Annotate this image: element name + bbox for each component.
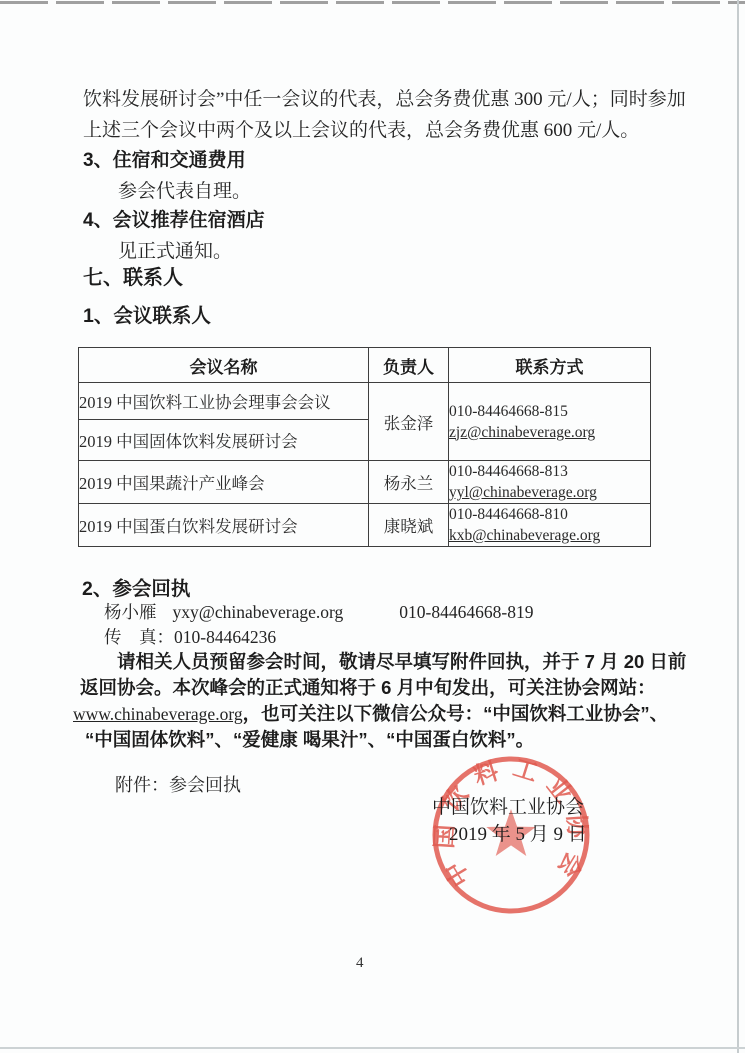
contact-email-link[interactable]: yyl@chinabeverage.org	[449, 482, 650, 503]
contact-cell: 010-84464668-815 zjz@chinabeverage.org	[449, 383, 651, 461]
section3-body: 参会代表自理。	[118, 176, 251, 203]
fax-line: 传 真：010-84464236	[104, 624, 276, 649]
return-contact-phone: 010-84464668-819	[399, 602, 533, 622]
signature-date: 2019 年 5 月 9 日	[449, 819, 587, 846]
col-header-contact: 联系方式	[449, 348, 651, 383]
return-contact-email: yxy@chinabeverage.org	[173, 602, 344, 622]
contacts-table-wrapper: 会议名称 负责人 联系方式 2019 中国饮料工业协会理事会会议 张金泽 010…	[78, 347, 651, 547]
table-row: 2019 中国果蔬汁产业峰会 杨永兰 010-84464668-813 yyl@…	[79, 461, 651, 504]
meeting-name: 2019 中国果蔬汁产业峰会	[79, 461, 369, 504]
scan-edge-bottom	[0, 1047, 745, 1049]
contact-phone: 010-84464668-813	[449, 461, 650, 482]
subsection1-heading: 1、会议联系人	[83, 300, 211, 328]
contact-cell: 010-84464668-810 kxb@chinabeverage.org	[449, 504, 651, 547]
intro-line-2: 上述三个会议中两个及以上会议的代表，总会务费优惠 600 元/人。	[83, 115, 639, 142]
scan-edge-right	[737, 0, 739, 1053]
scan-edge-top	[0, 1, 745, 4]
section3-heading: 3、住宿和交通费用	[83, 145, 246, 172]
website-link[interactable]: www.chinabeverage.org	[73, 704, 243, 724]
contact-person: 杨永兰	[369, 461, 449, 504]
return-contact-name: 杨小雁	[104, 602, 157, 622]
notice-line-4: “中国固体饮料”、“爱健康 喝果汁”、“中国蛋白饮料”。	[85, 726, 534, 752]
meeting-name: 2019 中国固体饮料发展研讨会	[79, 420, 369, 461]
document-page: 饮料发展研讨会”中任一会议的代表，总会务费优惠 300 元/人；同时参加 上述三…	[0, 0, 745, 1053]
contact-email-link[interactable]: kxb@chinabeverage.org	[449, 525, 650, 546]
notice-line-2: 返回协会。本次峰会的正式通知将于 6 月中旬发出，可关注协会网站：	[80, 674, 656, 700]
table-row: 2019 中国蛋白饮料发展研讨会 康晓斌 010-84464668-810 kx…	[79, 504, 651, 547]
col-header-meeting-name: 会议名称	[79, 348, 369, 383]
signature-org: 中国饮料工业协会	[432, 792, 584, 819]
contact-cell: 010-84464668-813 yyl@chinabeverage.org	[449, 461, 651, 504]
notice-line-1: 请相关人员预留参会时间，敬请尽早填写附件回执，并于 7 月 20 日前	[117, 648, 686, 674]
section4-body: 见正式通知。	[118, 236, 232, 263]
contact-phone: 010-84464668-815	[449, 401, 650, 422]
table-header-row: 会议名称 负责人 联系方式	[79, 348, 651, 383]
contact-email-link[interactable]: zjz@chinabeverage.org	[449, 422, 650, 443]
col-header-person: 负责人	[369, 348, 449, 383]
subsection2-heading: 2、参会回执	[82, 573, 190, 601]
contact-phone: 010-84464668-810	[449, 504, 650, 525]
return-contact-line: 杨小雁yxy@chinabeverage.org010-84464668-819	[104, 599, 533, 624]
section7-heading: 七、联系人	[83, 261, 183, 290]
meeting-name: 2019 中国蛋白饮料发展研讨会	[79, 504, 369, 547]
contact-person: 康晓斌	[369, 504, 449, 547]
intro-line-1: 饮料发展研讨会”中任一会议的代表，总会务费优惠 300 元/人；同时参加	[83, 84, 686, 111]
meeting-name: 2019 中国饮料工业协会理事会会议	[79, 383, 369, 420]
attachment-label: 附件：参会回执	[115, 771, 241, 797]
section4-heading: 4、会议推荐住宿酒店	[83, 205, 265, 232]
notice-line-3-rest: ，也可关注以下微信公众号：“中国饮料工业协会”、	[243, 703, 669, 724]
contacts-table: 会议名称 负责人 联系方式 2019 中国饮料工业协会理事会会议 张金泽 010…	[78, 347, 651, 547]
notice-line-3: www.chinabeverage.org，也可关注以下微信公众号：“中国饮料工…	[73, 700, 668, 726]
page-number: 4	[356, 955, 364, 972]
contact-person: 张金泽	[369, 383, 449, 461]
table-row: 2019 中国饮料工业协会理事会会议 张金泽 010-84464668-815 …	[79, 383, 651, 420]
